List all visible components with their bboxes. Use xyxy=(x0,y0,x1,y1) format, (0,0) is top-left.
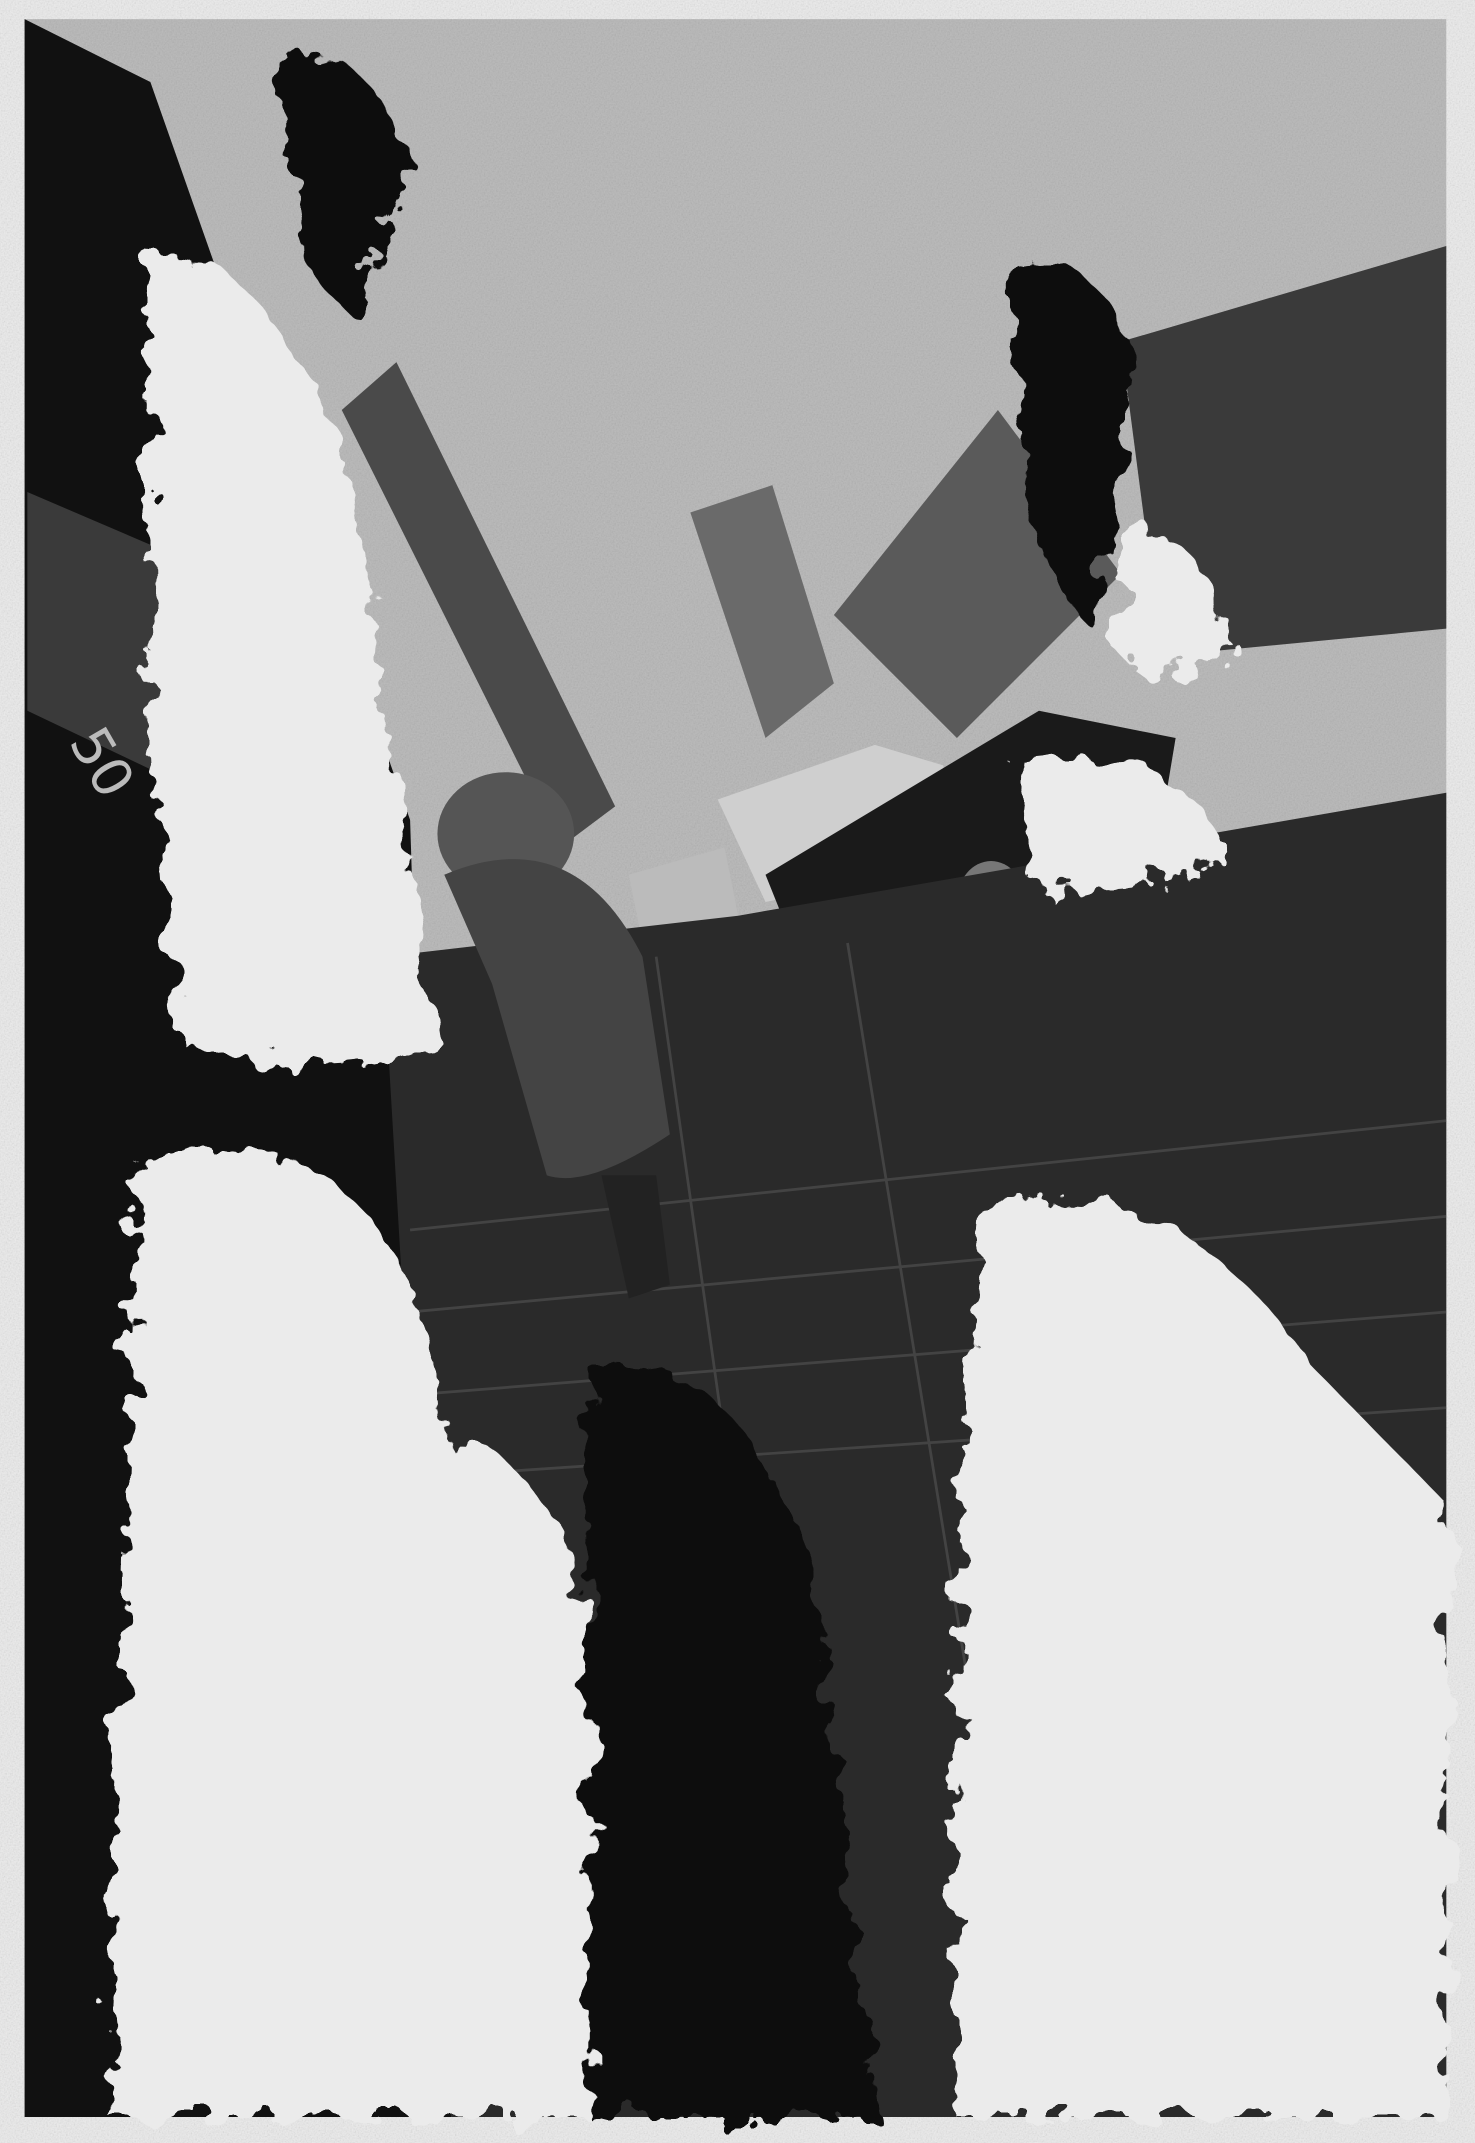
photo-canvas: 50 xyxy=(0,0,1475,2143)
distressed-street-photograph: Distressed black-and-white street photog… xyxy=(0,0,1475,2143)
